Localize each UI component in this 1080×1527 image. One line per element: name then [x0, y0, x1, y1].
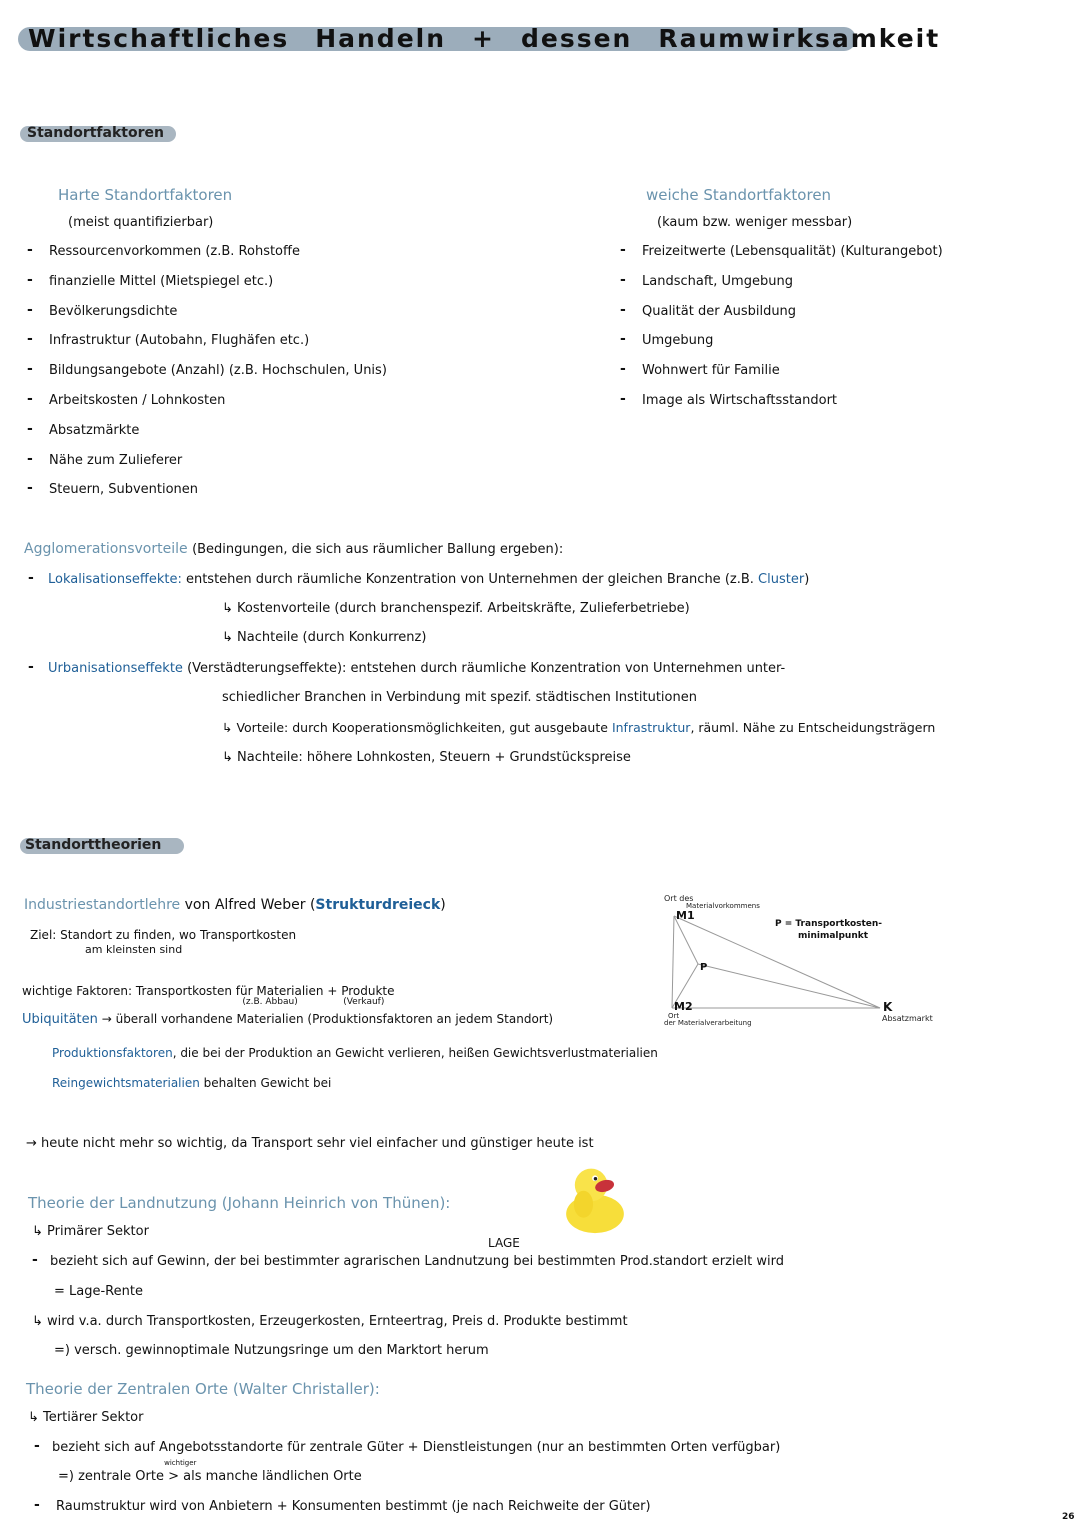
svg-text:Absatzmarkt: Absatzmarkt: [882, 1014, 933, 1023]
list-item: Infrastruktur (Autobahn, Flughäfen etc.): [49, 333, 309, 348]
rubber-duck-image: [556, 1160, 634, 1235]
harte-subtitle: (meist quantifizierbar): [68, 215, 213, 230]
christaller-line-1: bezieht sich auf Angebotsstandorte für z…: [52, 1440, 780, 1455]
list-item: Landschaft, Umgebung: [642, 274, 793, 289]
bullet-dash: -: [34, 1497, 40, 1513]
list-item: Bevölkerungsdichte: [49, 304, 177, 319]
section-heading-standortfaktoren: Standortfaktoren: [27, 125, 164, 141]
weber-heading: Industriestandortlehre: [24, 897, 180, 913]
urbanisation-line-2: schiedlicher Branchen in Verbindung mit …: [222, 690, 697, 705]
bullet-dash: -: [28, 659, 34, 675]
page-number: 26: [1062, 1512, 1075, 1522]
urbanisation-nachteile: ↳ Nachteile: höhere Lohnkosten, Steuern …: [222, 750, 631, 765]
list-item: Arbeitskosten / Lohnkosten: [49, 393, 225, 408]
bullet-dash: -: [27, 451, 33, 467]
svg-text:P = Transportkosten-: P = Transportkosten-: [775, 919, 882, 929]
bullet-dash: -: [27, 391, 33, 407]
svg-text:minimalpunkt: minimalpunkt: [798, 931, 869, 941]
k-label: K: [883, 1000, 893, 1014]
harte-heading: Harte Standortfaktoren: [58, 186, 232, 204]
list-item: Ressourcenvorkommen (z.B. Rohstoffe: [49, 244, 300, 259]
list-item: Steuern, Subventionen: [49, 482, 198, 497]
section-heading-standorttheorien: Standorttheorien: [25, 837, 161, 853]
thuenen-heading: Theorie der Landnutzung (Johann Heinrich…: [28, 1194, 450, 1212]
list-item: Nähe zum Zulieferer: [49, 453, 182, 468]
strukturdreieck-diagram: Ort des Materialvorkommens M1 P P = Tran…: [660, 890, 960, 1030]
p-label: P: [700, 962, 707, 973]
bullet-dash: -: [27, 421, 33, 437]
lokalisation-vorteile: ↳ Kostenvorteile (durch branchenspezif. …: [222, 601, 690, 616]
page-title: WirtschaftlichesHandeln+dessenRaumwirksa…: [28, 24, 966, 53]
ubiquitaeten-term: Ubiquitäten: [22, 1012, 98, 1027]
bullet-dash: -: [32, 1252, 38, 1268]
agglomeration-heading: Agglomerationsvorteile: [24, 541, 188, 557]
christaller-heading: Theorie der Zentralen Orte (Walter Chris…: [26, 1380, 380, 1398]
bullet-dash: -: [27, 242, 33, 258]
lage-note: LAGE: [488, 1236, 520, 1250]
list-item: Wohnwert für Familie: [642, 363, 780, 378]
lokalisation-line: Lokalisationseffekte: entstehen durch rä…: [48, 572, 809, 587]
lokalisation-term: Lokalisationseffekte:: [48, 572, 182, 587]
bullet-dash: -: [27, 361, 33, 377]
bullet-dash: -: [620, 331, 626, 347]
bullet-dash: -: [27, 331, 33, 347]
list-item: Qualität der Ausbildung: [642, 304, 796, 319]
bullet-dash: -: [620, 242, 626, 258]
urbanisation-vorteile: ↳ Vorteile: durch Kooperationsmöglichkei…: [222, 720, 935, 735]
list-item: Absatzmärkte: [49, 423, 139, 438]
thuenen-line-3: ↳ wird v.a. durch Transportkosten, Erzeu…: [32, 1314, 628, 1329]
bullet-dash: -: [34, 1438, 40, 1454]
weber-heading-line: Industriestandortlehre von Alfred Weber …: [24, 897, 446, 913]
weber-ziel-line-2: am kleinsten sind: [85, 943, 182, 956]
list-item: Freizeitwerte (Lebensqualität) (Kulturan…: [642, 244, 943, 259]
christaller-line-2: =) zentrale Orte wichtiger > als manche …: [58, 1469, 362, 1484]
bullet-dash: -: [27, 480, 33, 496]
thuenen-line-4: =) versch. gewinnoptimale Nutzungsringe …: [54, 1343, 489, 1358]
thuenen-line-1: bezieht sich auf Gewinn, der bei bestimm…: [50, 1254, 784, 1269]
bullet-dash: -: [620, 272, 626, 288]
bullet-dash: -: [28, 570, 34, 586]
urbanisation-line: Urbanisationseffekte (Verstädterungseffe…: [48, 661, 785, 676]
christaller-line-3: Raumstruktur wird von Anbietern + Konsum…: [56, 1499, 651, 1514]
bullet-dash: -: [27, 272, 33, 288]
christaller-sektor: ↳ Tertiärer Sektor: [28, 1410, 143, 1425]
weiche-subtitle: (kaum bzw. weniger messbar): [657, 215, 852, 230]
produktionsfaktoren-line: Produktionsfaktoren, die bei der Produkt…: [52, 1046, 658, 1060]
list-item: Image als Wirtschaftsstandort: [642, 393, 837, 408]
weiche-heading: weiche Standortfaktoren: [646, 186, 831, 204]
thuenen-lage-rente: = Lage-Rente: [54, 1284, 143, 1299]
thuenen-sektor: ↳ Primärer Sektor: [32, 1224, 149, 1239]
weber-ziel: Ziel: Standort zu finden, wo Transportko…: [30, 928, 296, 942]
bullet-dash: -: [620, 361, 626, 377]
bullet-dash: -: [620, 391, 626, 407]
list-item: Umgebung: [642, 333, 713, 348]
lokalisation-nachteile: ↳ Nachteile (durch Konkurrenz): [222, 630, 426, 645]
weber-heute: → heute nicht mehr so wichtig, da Transp…: [26, 1136, 594, 1151]
list-item: Bildungsangebote (Anzahl) (z.B. Hochschu…: [49, 363, 387, 378]
svg-text:Materialvorkommens: Materialvorkommens: [686, 902, 760, 910]
ubiquitaeten-line: Ubiquitäten → überall vorhandene Materia…: [22, 1012, 553, 1027]
bullet-dash: -: [620, 302, 626, 318]
m1-label: M1: [676, 909, 695, 922]
agglomeration-heading-line: Agglomerationsvorteile (Bedingungen, die…: [24, 541, 563, 557]
weber-faktoren: wichtige Faktoren: Transportkosten für M…: [22, 984, 395, 998]
svg-text:der Materialverarbeitung: der Materialverarbeitung: [664, 1019, 752, 1027]
urbanisation-term: Urbanisationseffekte: [48, 661, 183, 676]
list-item: finanzielle Mittel (Mietspiegel etc.): [49, 274, 273, 289]
bullet-dash: -: [27, 302, 33, 318]
reingewicht-line: Reingewichtsmaterialien behalten Gewicht…: [52, 1076, 331, 1090]
